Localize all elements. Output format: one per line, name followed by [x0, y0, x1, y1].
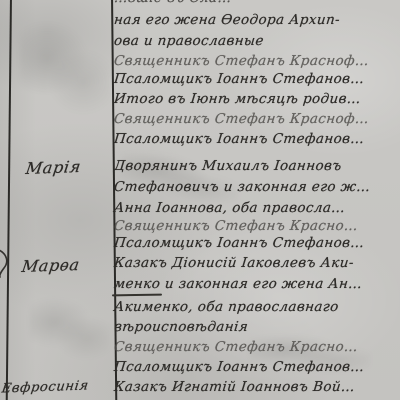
- margin-name-marfa: Марѳа: [20, 255, 81, 276]
- manuscript-line: Священникъ Стефанъ Красноф…: [113, 111, 370, 127]
- manuscript-line: Дворянинъ Михаилъ Іоанновъ: [113, 158, 342, 174]
- clipped-margin-stroke: [0, 248, 12, 278]
- ink-bleed-smudge: [30, 290, 110, 370]
- manuscript-line: Псаломщикъ Іоаннъ Стефанов…: [113, 359, 365, 375]
- manuscript-line: …вшіе въ Сла…: [113, 0, 232, 6]
- manuscript-line: менко и законная его жена Ан…: [113, 276, 363, 292]
- margin-name-evfrosinia: Евфросинія: [1, 378, 90, 396]
- manuscript-line: Стефановичъ и законная его ж…: [113, 179, 371, 195]
- manuscript-line: Псаломщикъ Іоаннъ Стефанов…: [113, 71, 365, 87]
- manuscript-scan: Марія Марѳа Евфросинія …вшіе въ Сла… ная…: [0, 0, 400, 400]
- manuscript-line: Псаломщикъ Іоаннъ Стефанов…: [113, 131, 365, 147]
- manuscript-line: Священникъ Стефанъ Красноф…: [113, 53, 370, 69]
- manuscript-line: вѣроисповѣданія: [113, 319, 249, 335]
- manuscript-line: Священникъ Стефанъ Красно…: [113, 218, 359, 234]
- left-rule-line: [6, 0, 12, 400]
- surname-underline: [112, 294, 162, 297]
- manuscript-line: Итого въ Іюнѣ мѣсяцѣ родив…: [113, 91, 361, 107]
- manuscript-line: Акименко, оба православнаго: [113, 299, 339, 315]
- manuscript-line: Псаломщикъ Іоаннъ Стефанов…: [113, 235, 365, 251]
- manuscript-line: Анна Іоаннова, оба правосла…: [113, 200, 346, 216]
- ink-bleed-smudge: [20, 10, 110, 130]
- manuscript-line: ова и православные: [113, 33, 265, 49]
- manuscript-line: Казакъ Игнатій Іоанновъ Вой…: [113, 379, 356, 395]
- manuscript-line: Казакъ Діонисій Іаковлевъ Аки-: [113, 255, 355, 271]
- manuscript-line: Священникъ Стефанъ Красно…: [113, 339, 359, 355]
- manuscript-line: ная его жена Ѳеодора Архип-: [113, 12, 341, 28]
- margin-name-maria: Марія: [25, 157, 83, 178]
